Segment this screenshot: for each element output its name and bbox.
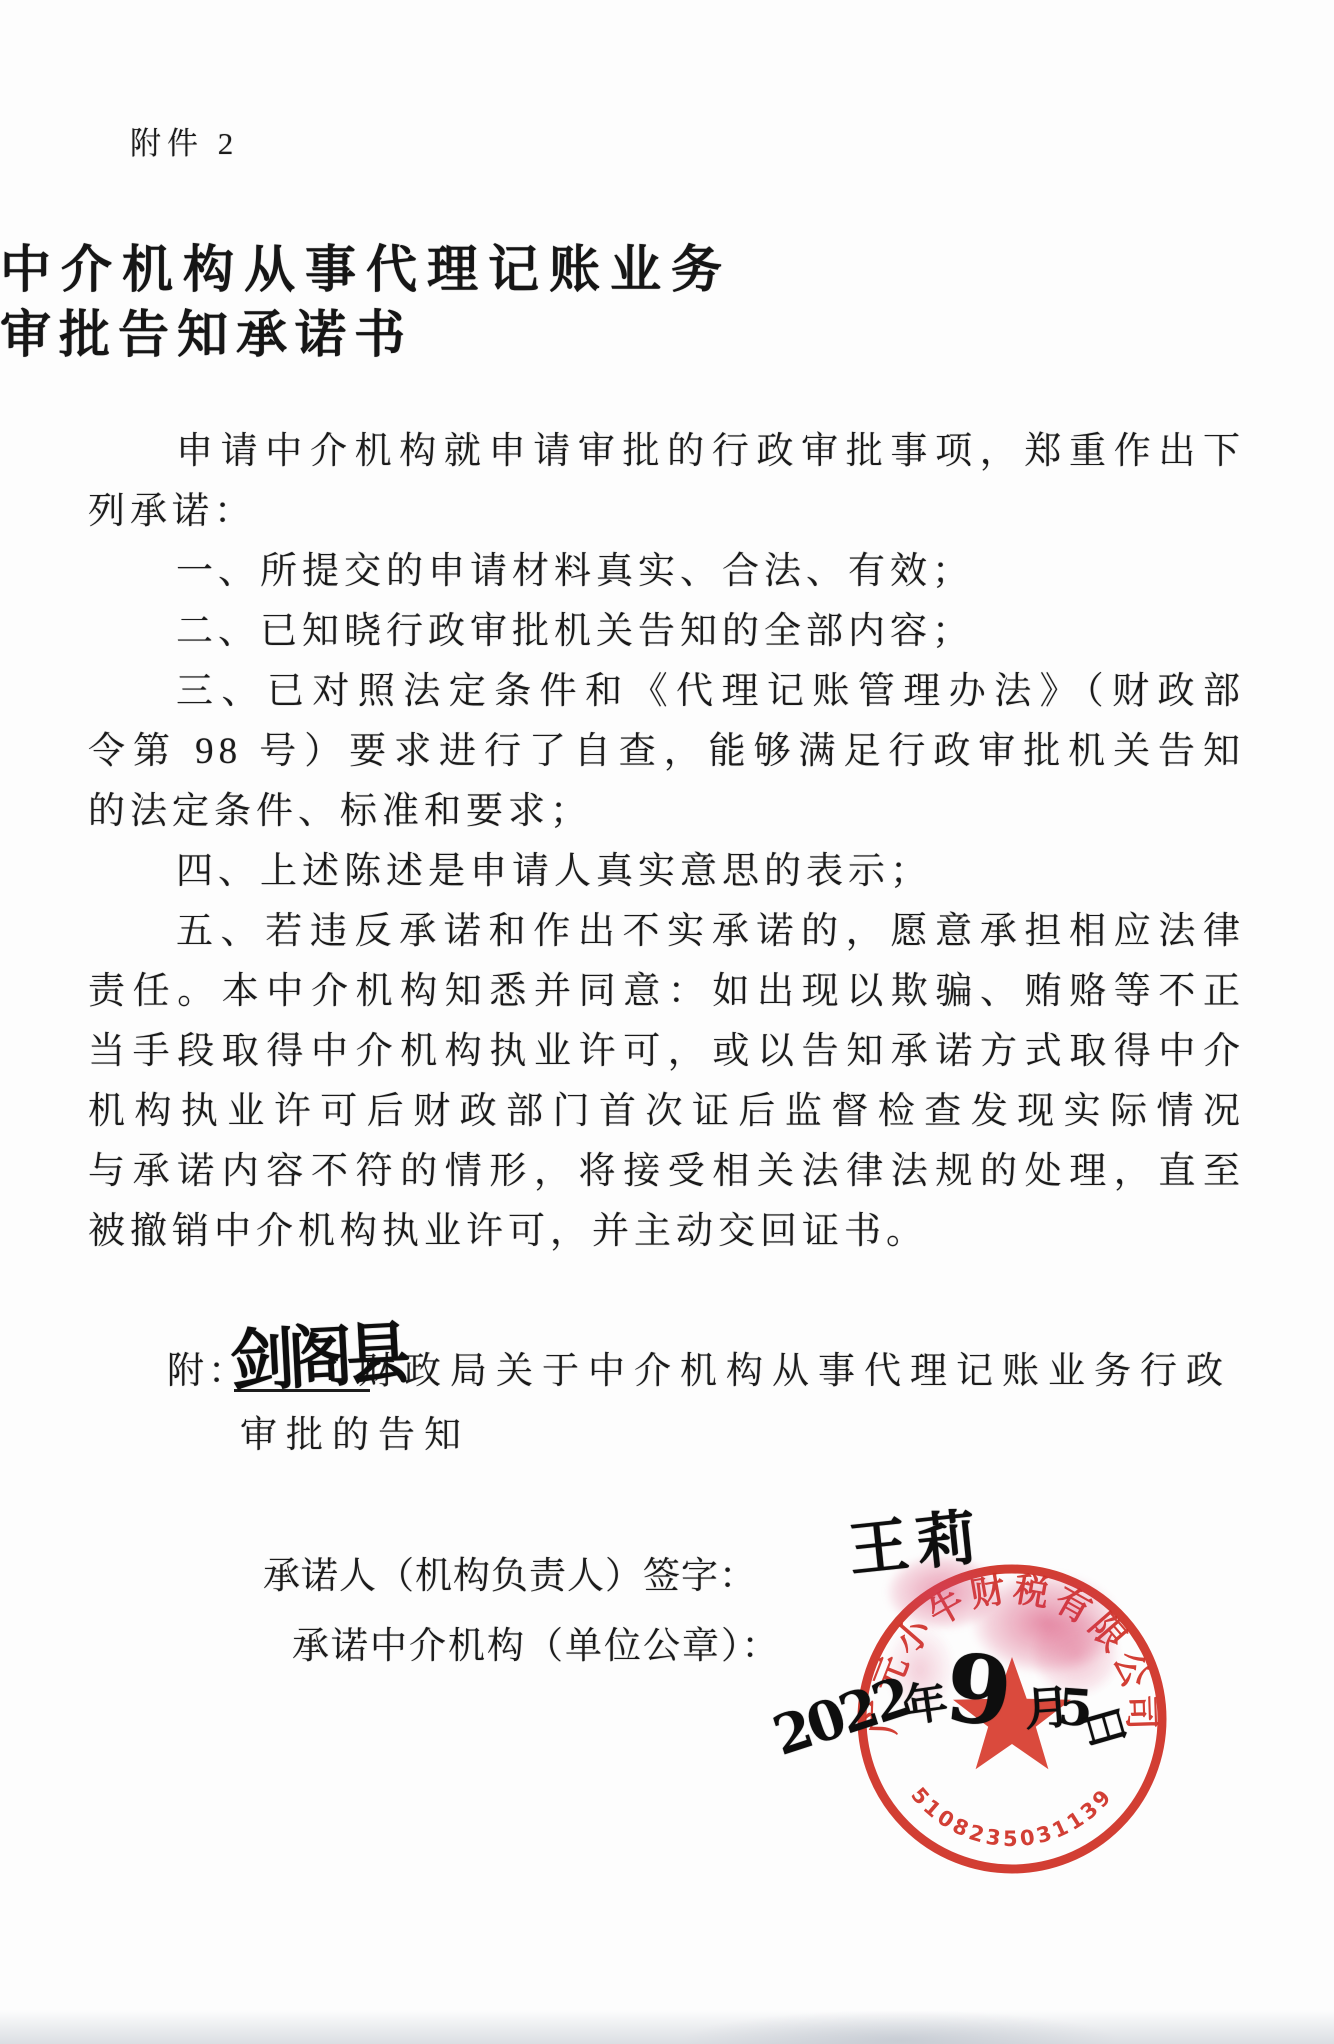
- body-line: 与承诺内容不符的情形，将接受相关法律法规的处理，直至: [88, 1142, 1245, 1202]
- body-line: 三、已对照法定条件和《代理记账管理办法》（财政部: [88, 662, 1245, 722]
- signer-label: 承诺人（机构负责人）签字：: [263, 1545, 757, 1599]
- body-line: 责任。本中介机构知悉并同意：如出现以欺骗、贿赂等不正: [88, 962, 1245, 1022]
- document-title-line1: 中介机构从事代理记账业务: [0, 228, 1270, 302]
- body-line: 令第 98 号）要求进行了自查，能够满足行政审批机关告知: [88, 722, 1245, 782]
- body-line: 五、若违反承诺和作出不实承诺的，愿意承担相应法律: [88, 902, 1245, 962]
- handwritten-signature: 王莉: [844, 1489, 988, 1589]
- attachment-label: 附件 2: [130, 118, 239, 163]
- handwritten-date-month: 9: [940, 1633, 1017, 1749]
- body-line: 申请中介机构就申请审批的行政审批事项，郑重作出下: [88, 422, 1245, 482]
- scanned-document-page: 附件 2 中介机构从事代理记账业务 审批告知承诺书 申请中介机构就申请审批的行政…: [0, 0, 1334, 2044]
- body-line: 的法定条件、标准和要求；: [88, 782, 1245, 842]
- handwritten-county-name: 剑阁县: [228, 1299, 407, 1405]
- document-title-line2: 审批告知承诺书: [0, 293, 1270, 367]
- body-line: 一、所提交的申请材料真实、合法、有效；: [88, 542, 1245, 602]
- body-line: 列承诺：: [88, 482, 1245, 542]
- body-line: 机构执业许可后财政部门首次证后监督检查发现实际情况: [88, 1082, 1245, 1142]
- document-body: 申请中介机构就申请审批的行政审批事项，郑重作出下 列承诺： 一、所提交的申请材料…: [88, 422, 1245, 1262]
- org-seal-label: 承诺中介机构（单位公章）：: [292, 1615, 781, 1669]
- body-line: 二、已知晓行政审批机关告知的全部内容；: [88, 602, 1245, 662]
- body-line: 四、上述陈述是申请人真实意思的表示；: [88, 842, 1245, 902]
- scan-artifact-smear: [0, 2010, 1334, 2044]
- attachment-note-text-line2: 审批的告知: [240, 1404, 470, 1458]
- svg-text:5108235031139: 5108235031139: [906, 1783, 1117, 1851]
- body-line: 被撤销中介机构执业许可，并主动交回证书。: [88, 1202, 1245, 1262]
- attachment-note-text-line1: 财政局关于中介机构从事代理记账业务行政: [358, 1340, 1232, 1394]
- seal-registration-number: 5108235031139: [906, 1783, 1117, 1851]
- body-line: 当手段取得中介机构执业许可，或以告知承诺方式取得中介: [88, 1022, 1245, 1082]
